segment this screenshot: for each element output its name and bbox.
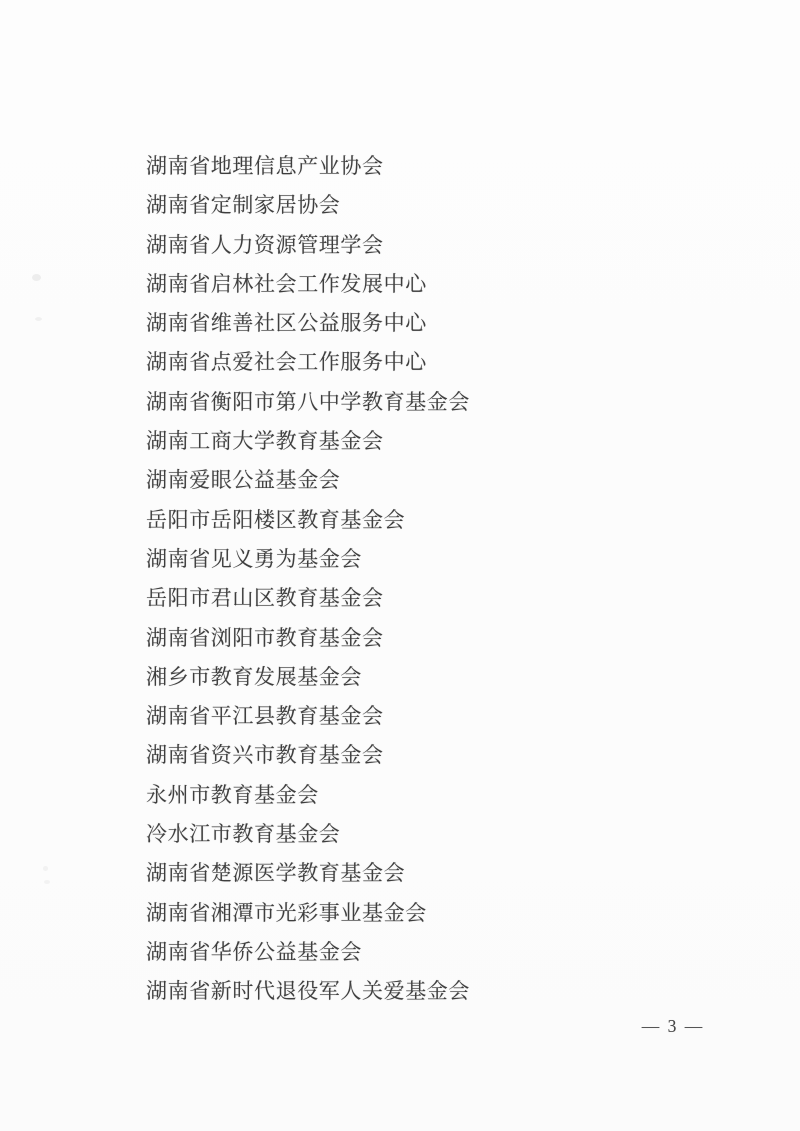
org-list-item: 湖南省启林社会工作发展中心 — [146, 265, 470, 304]
org-list-item: 湖南爱眼公益基金会 — [146, 461, 470, 500]
org-list-item: 岳阳市岳阳楼区教育基金会 — [146, 501, 470, 540]
org-list-item: 湖南省资兴市教育基金会 — [146, 736, 470, 775]
scan-artifact — [32, 274, 41, 281]
org-list-item: 湖南省人力资源管理学会 — [146, 226, 470, 265]
org-list-item: 冷水江市教育基金会 — [146, 815, 470, 854]
org-list-item: 湖南省维善社区公益服务中心 — [146, 304, 470, 343]
org-list: 湖南省地理信息产业协会 湖南省定制家居协会 湖南省人力资源管理学会 湖南省启林社… — [146, 147, 470, 1012]
org-list-item: 湖南省平江县教育基金会 — [146, 697, 470, 736]
org-list-item: 湖南省湘潭市光彩事业基金会 — [146, 894, 470, 933]
org-list-item: 岳阳市君山区教育基金会 — [146, 579, 470, 618]
org-list-item: 湖南省点爱社会工作服务中心 — [146, 343, 470, 382]
org-list-item: 湖南省浏阳市教育基金会 — [146, 619, 470, 658]
document-page: 湖南省地理信息产业协会 湖南省定制家居协会 湖南省人力资源管理学会 湖南省启林社… — [0, 0, 800, 1131]
org-list-item: 湘乡市教育发展基金会 — [146, 658, 470, 697]
org-list-item: 湖南省定制家居协会 — [146, 186, 470, 225]
org-list-item: 湖南省见义勇为基金会 — [146, 540, 470, 579]
org-list-item: 湖南省地理信息产业协会 — [146, 147, 470, 186]
scan-artifact — [43, 866, 48, 871]
org-list-item: 湖南省华侨公益基金会 — [146, 933, 470, 972]
org-list-item: 永州市教育基金会 — [146, 776, 470, 815]
scan-artifact — [35, 317, 42, 321]
page-number: — 3 — — [620, 1016, 726, 1037]
org-list-item: 湖南工商大学教育基金会 — [146, 422, 470, 461]
org-list-item: 湖南省衡阳市第八中学教育基金会 — [146, 383, 470, 422]
org-list-item: 湖南省新时代退役军人关爱基金会 — [146, 972, 470, 1011]
org-list-item: 湖南省楚源医学教育基金会 — [146, 854, 470, 893]
scan-artifact — [44, 880, 50, 884]
